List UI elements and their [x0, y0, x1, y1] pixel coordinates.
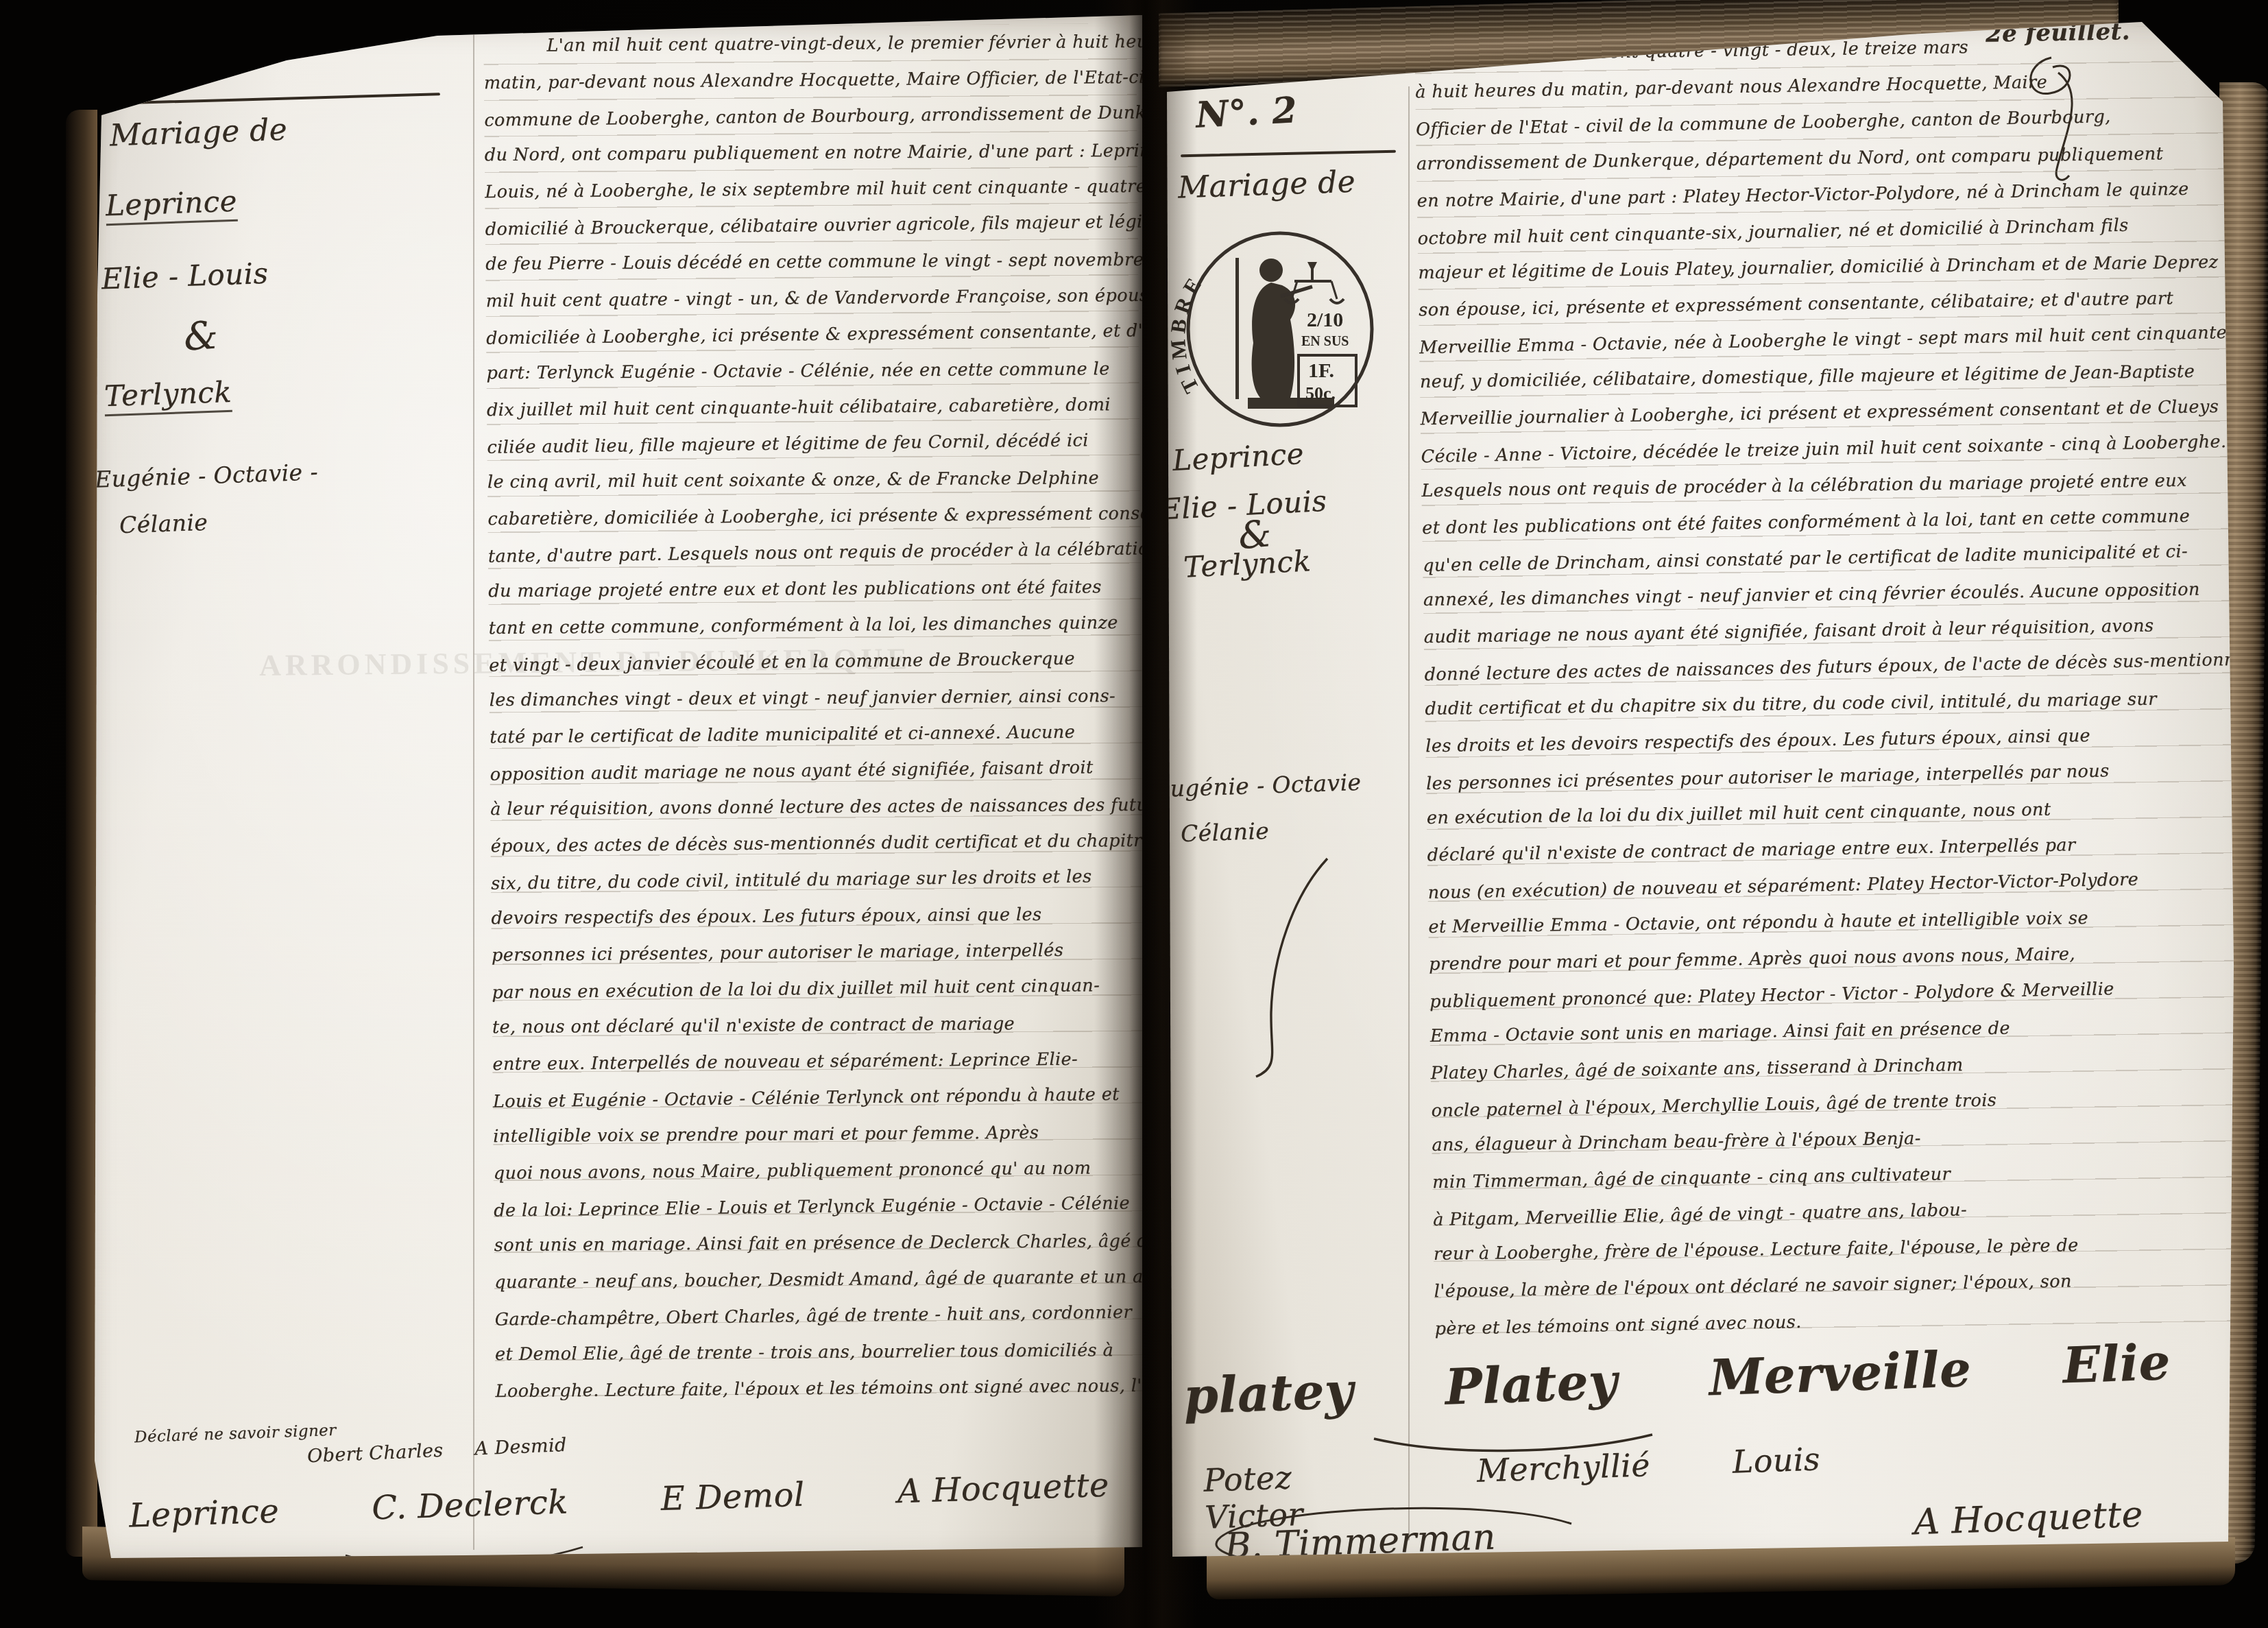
margin-title: Mariage de	[1177, 164, 1356, 205]
handwritten-line: les dimanches vingt - deux et vingt - ne…	[490, 678, 1142, 719]
handwritten-line: époux, des actes de décès sus-mentionnés…	[490, 823, 1142, 865]
book-gutter-shadow	[1094, 0, 1197, 1628]
handwritten-line: intelligible voix se prendre pour mari e…	[493, 1114, 1142, 1155]
signature: Leprince	[128, 1492, 279, 1535]
signature: A Hocquette	[1913, 1494, 2143, 1544]
register-page-left: ARRONDISSEMENT DE DUNKERQUE N°. 1 Mariag…	[81, 7, 1142, 1587]
act-body-text: L'an mil huit cent quatre-vingt-deux, le…	[483, 23, 1142, 1421]
handwritten-line: ciliée audit lieu, fille majeure et légi…	[487, 422, 1140, 466]
signature: Merchyllié	[1476, 1446, 1651, 1489]
timbre-stamp: TIMBRE 2/10 EN SUS 1F.	[1167, 225, 1393, 438]
handwritten-line: domiciliée à Looberghe, ici présente & e…	[486, 313, 1139, 357]
closing-note: Déclaré ne savoir signer	[134, 1422, 337, 1446]
handwritten-line: matin, par-devant nous Alexandre Hocquet…	[484, 60, 1137, 101]
svg-text:50c.: 50c.	[1305, 383, 1336, 403]
handwritten-line: tant en cette commune, conformément à la…	[489, 605, 1142, 647]
signature: Elie	[2062, 1332, 2171, 1394]
handwritten-line: part: Terlynck Eugénie - Octavie - Célén…	[486, 351, 1139, 392]
handwritten-line: te, nous ont déclaré qu'il n'existe de c…	[492, 1005, 1142, 1046]
signature: E Demol	[660, 1476, 805, 1519]
handwritten-line: six, du titre, du code civil, intitulé d…	[491, 858, 1142, 902]
handwritten-line: du Nord, ont comparu publiquement en not…	[485, 133, 1137, 173]
handwritten-line: quarante - neuf ans, boucher, Desmidt Am…	[494, 1259, 1142, 1301]
handwritten-line: par nous en exécution de la loi du dix j…	[492, 967, 1142, 1011]
act-number-underline	[111, 93, 440, 104]
handwritten-line: L'an mil huit cent quatre-vingt-deux, le…	[483, 24, 1136, 64]
handwritten-line: sont unis en mariage. Ainsi fait en prés…	[494, 1223, 1142, 1264]
handwritten-line: et Demol Elie, âgé de trente - trois ans…	[495, 1332, 1142, 1373]
handwritten-line: taté par le certificat de ladite municip…	[490, 714, 1142, 756]
handwritten-line: Louis et Eugénie - Octavie - Célénie Ter…	[493, 1076, 1142, 1120]
witness-small-signatures: Obert CharlesA Desmid	[307, 1435, 568, 1467]
margin-rule-left-page	[473, 21, 474, 1550]
margin-bride-surname: Terlynck	[1183, 544, 1312, 584]
signature: A Hocquette	[897, 1466, 1110, 1511]
handwritten-line: domicilié à Brouckerque, célibataire ouv…	[485, 204, 1138, 248]
act-number: N°. 2	[1195, 89, 1299, 136]
book-pages-edge-left	[66, 110, 97, 1557]
act-number-underline	[1181, 150, 1396, 158]
handwritten-line: quoi nous avons, nous Maire, publiquemen…	[493, 1150, 1142, 1192]
margin-bride-given-line1: Eugénie - Octavie -	[94, 458, 318, 492]
handwritten-line: le cinq avril, mil huit cent soixante & …	[487, 460, 1140, 501]
handwritten-line: dix juillet mil huit cent cinquante-huit…	[487, 387, 1139, 429]
photograph-background: ARRONDISSEMENT DE DUNKERQUE N°. 1 Mariag…	[0, 0, 2268, 1628]
margin-ampersand: &	[182, 313, 220, 359]
register-page-right: 2e feuillet. N°. 2 Mariage de TIMBRE	[1142, 4, 2258, 1585]
handwritten-line: cabaretière, domiciliée à Looberghe, ici…	[487, 496, 1140, 538]
margin-groom-given-names: Elie - Louis	[101, 256, 269, 296]
signature: A Desmid	[474, 1435, 568, 1460]
handwritten-line: opposition audit mariage ne nous ayant é…	[490, 749, 1142, 793]
signature: Obert Charles	[307, 1440, 444, 1468]
handwritten-line: et vingt - deux janvier écoulé et en la …	[489, 640, 1142, 684]
handwritten-line: de feu Pierre - Louis décédé en cette co…	[485, 242, 1138, 283]
margin-bride-given-line2: Célanie	[119, 509, 208, 538]
handwritten-line: personnes ici présentes, pour autoriser …	[492, 932, 1142, 974]
handwritten-line: de la loi: Leprince Elie - Louis et Terl…	[494, 1185, 1142, 1229]
signature: C. Declerck	[371, 1483, 568, 1527]
handwritten-line: devoirs respectifs des époux. Les futurs…	[491, 896, 1142, 937]
act-body-text: L'an mil huit cent quatre - vingt - deux…	[1414, 25, 2244, 1354]
handwritten-line: du mariage projeté entre eux et dont les…	[488, 569, 1141, 610]
margin-groom-surname: Leprince	[105, 184, 238, 226]
svg-text:2/10: 2/10	[1307, 309, 1343, 331]
svg-text:EN SUS: EN SUS	[1301, 334, 1349, 349]
signature: Platey	[1444, 1352, 1618, 1416]
signature: platey	[1183, 1361, 1354, 1426]
handwritten-line: commune de Looberghe, canton de Bourbour…	[484, 95, 1137, 139]
handwritten-line: mil huit cent quatre - vingt - un, & de …	[485, 278, 1138, 320]
margin-bride-surname: Terlynck	[104, 375, 232, 416]
handwritten-line: Louis, né à Looberghe, le six septembre …	[485, 169, 1137, 211]
act-number: N°. 1	[121, 36, 225, 83]
margin-rule-right-page	[1408, 86, 1410, 1540]
handwritten-line: à leur réquisition, avons donné lecture …	[490, 787, 1142, 828]
margin-flourish-icon	[1190, 854, 1341, 1081]
margin-title: Mariage de	[109, 112, 288, 153]
signature: Merveille	[1708, 1339, 1972, 1406]
handwritten-line: tante, d'autre part. Lesquels nous ont r…	[488, 531, 1142, 575]
signature: Louis	[1732, 1440, 1821, 1480]
handwritten-line: entre eux. Interpellés de nouveau et sép…	[492, 1041, 1142, 1083]
signature-row: LeprinceC. DeclerckE DemolA Hocquette	[128, 1466, 1109, 1535]
handwritten-line: Garde-champêtre, Obert Charles, âgé de t…	[494, 1294, 1142, 1338]
handwritten-line: Looberghe. Lecture faite, l'époux et les…	[495, 1368, 1142, 1410]
svg-text:1F.: 1F.	[1308, 359, 1334, 382]
